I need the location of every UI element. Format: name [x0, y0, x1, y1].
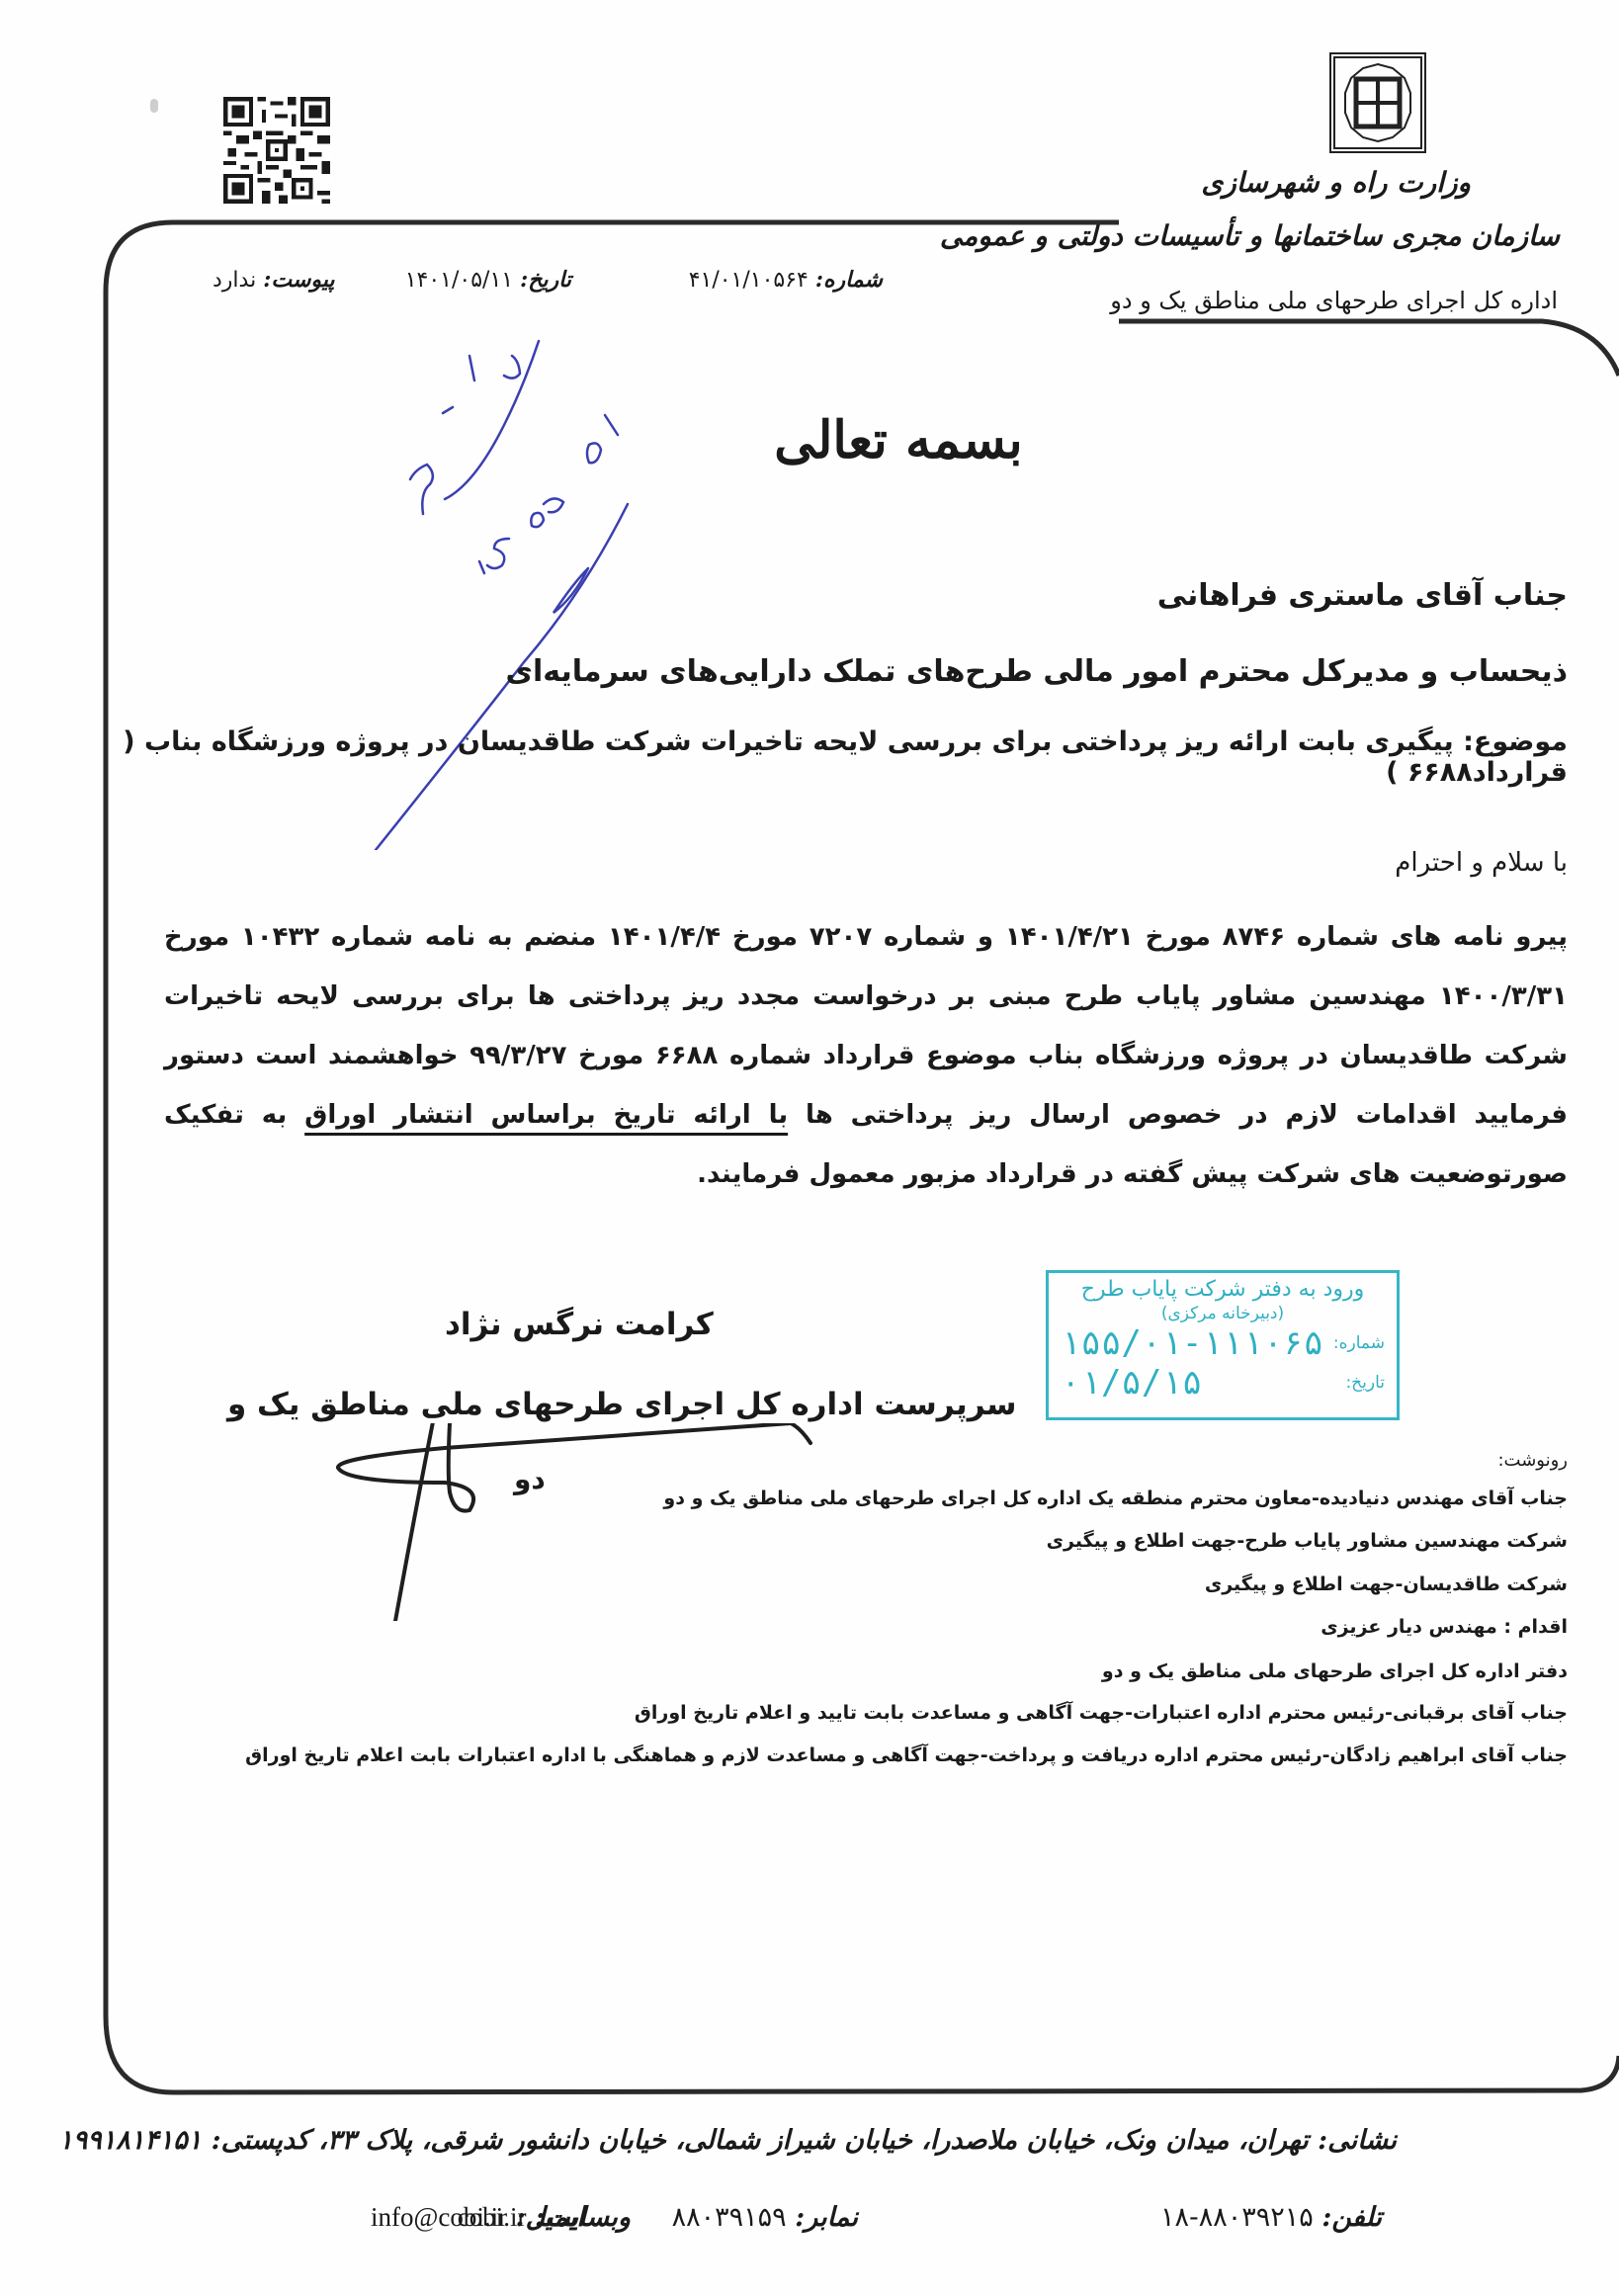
cc-item: دفتر اداره کل اجرای طرحهای ملی مناطق یک …	[1102, 1660, 1568, 1682]
signatory-name: کرامت نرگس نژاد	[445, 1307, 714, 1342]
footer-fax: نمابر: ۸۸۰۳۹۱۵۹	[672, 2202, 858, 2233]
stamp-title: ورود به دفتر شرکت پایاب طرح	[1061, 1277, 1385, 1302]
cc-item: شرکت مهندسین مشاور پایاب طرح-جهت اطلاع و…	[1047, 1530, 1568, 1552]
stamp-number-row: شماره: ۱۵۵/۰۱-۱۱۱۰۶۵	[1061, 1323, 1385, 1363]
scan-speck	[150, 99, 158, 113]
letter-body: پیرو نامه های شماره ۸۷۴۶ مورخ ۱۴۰۱/۴/۲۱ …	[164, 907, 1568, 1204]
cc-item: شرکت طاقدیسان-جهت اطلاع و پیگیری	[1205, 1573, 1568, 1595]
cc-item: جناب آقای برقبانی-رئیس محترم اداره اعتبا…	[635, 1702, 1568, 1724]
letter-attachment-value: ندارد	[213, 268, 256, 293]
stamp-date-value: ۰۱/۵/۱۵	[1061, 1363, 1202, 1403]
letter-subject: موضوع: پیگیری بابت ارائه ریز پرداختی برا…	[0, 726, 1568, 788]
letter-attachment: پیوست: ندارد	[213, 267, 335, 293]
letter-attachment-label: پیوست:	[263, 267, 334, 293]
department-name: اداره کل اجرای طرحهای ملی مناطق یک و دو	[1110, 287, 1558, 314]
footer-email-link[interactable]: info@cobi.ir	[371, 2202, 507, 2232]
letter-number: شماره: ۴۱/۰۱/۱۰۵۶۴	[689, 267, 883, 293]
cc-item: جناب آقای مهندس دنیادیده-معاون محترم منط…	[663, 1488, 1568, 1509]
cc-item: اقدام : مهندس دیار عزیزی	[1321, 1616, 1568, 1638]
recipient-title: ذیحساب و مدیرکل محترم امور مالی طرح‌های …	[506, 654, 1569, 689]
stamp-number-label: شماره:	[1333, 1333, 1385, 1353]
letter-number-label: شماره:	[815, 267, 883, 293]
ministry-window-emblem-icon	[1329, 52, 1426, 153]
footer-address: نشانی: تهران، میدان ونک، خیابان ملاصدرا،…	[58, 2125, 1397, 2156]
letter-date-label: تاریخ:	[520, 267, 571, 293]
ministry-name: وزارت راه و شهرسازی	[1201, 166, 1471, 199]
qr-code-icon	[223, 97, 330, 204]
footer-fax-label: نمابر:	[795, 2202, 858, 2233]
stamp-date-label: تاریخ:	[1345, 1373, 1385, 1393]
handwritten-signature	[326, 1423, 840, 1621]
stamp-number-value: ۱۵۵/۰۱-۱۱۱۰۶۵	[1061, 1323, 1323, 1363]
cc-item: جناب آقای ابراهیم زادگان-رئیس محترم ادار…	[245, 1744, 1568, 1766]
receipt-stamp: ورود به دفتر شرکت پایاب طرح (دبیرخانه مر…	[1046, 1270, 1400, 1420]
footer-phone: تلفن: ۸۸۰۳۹۲۱۵-۱۸	[1160, 2202, 1382, 2233]
organization-name: سازمان مجری ساختمانها و تأسیسات دولتی و …	[940, 219, 1560, 252]
footer-email-label: ایمیل:	[516, 2202, 584, 2233]
recipient-name: جناب آقای ماستری فراهانی	[1157, 578, 1568, 613]
signatory-title: سرپرست اداره کل اجرای طرحهای ملی مناطق ی…	[227, 1387, 1016, 1422]
letter-date-value: ۱۴۰۱/۰۵/۱۱	[405, 268, 513, 293]
footer-phone-value: ۸۸۰۳۹۲۱۵-۱۸	[1160, 2202, 1314, 2233]
body-text-part1: پیرو نامه های شماره ۸۷۴۶ مورخ ۱۴۰۱/۴/۲۱ …	[164, 922, 1568, 1130]
stamp-date-row: تاریخ: ۰۱/۵/۱۵	[1061, 1363, 1385, 1403]
footer-fax-value: ۸۸۰۳۹۱۵۹	[672, 2202, 787, 2233]
letter-number-value: ۴۱/۰۱/۱۰۵۶۴	[689, 268, 809, 293]
footer-phone-label: تلفن:	[1321, 2202, 1382, 2233]
greeting: با سلام و احترام	[1395, 848, 1568, 878]
letter-heading: بسمه تعالی	[0, 410, 1619, 470]
letter-date: تاریخ: ۱۴۰۱/۰۵/۱۱	[405, 267, 571, 293]
footer-email: ایمیل: info@cobi.ir	[371, 2202, 584, 2233]
body-text-underlined: با ارائه تاریخ براساس انتشار اوراق	[304, 1100, 788, 1130]
stamp-subtitle: (دبیرخانه مرکزی)	[1061, 1304, 1385, 1323]
cc-label: رونوشت:	[1497, 1450, 1568, 1471]
